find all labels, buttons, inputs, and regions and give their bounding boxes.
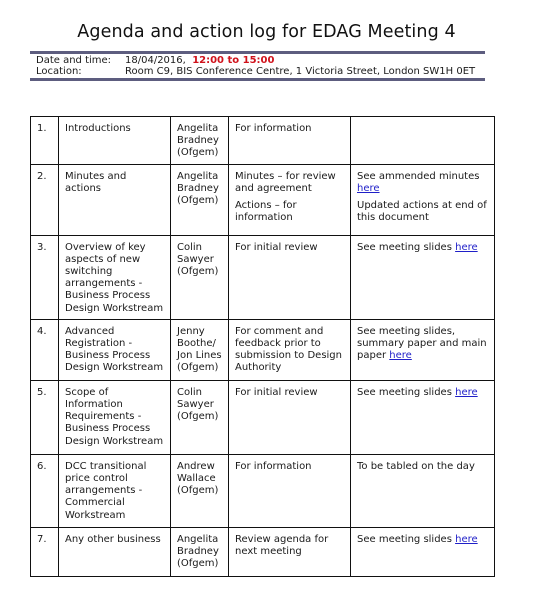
time-value: 12:00 to 15:00 bbox=[192, 55, 274, 66]
item-lead: Colin Sawyer (Ofgem) bbox=[171, 380, 229, 454]
item-lead: Colin Sawyer (Ofgem) bbox=[171, 235, 229, 319]
item-lead: Andrew Wallace (Ofgem) bbox=[171, 454, 229, 527]
item-notes: See meeting slides, summary paper and ma… bbox=[351, 319, 495, 380]
agenda-row: 3.Overview of key aspects of new switchi… bbox=[31, 235, 495, 319]
notes-label: See meeting slides, summary paper and ma… bbox=[357, 326, 487, 361]
agenda-row: 4.Advanced Registration - Business Proce… bbox=[31, 319, 495, 380]
notes-text: See meeting slides here bbox=[357, 387, 488, 399]
notes-label: To be tabled on the day bbox=[357, 461, 475, 472]
item-title: Any other business bbox=[59, 527, 171, 576]
purpose-text: For information bbox=[235, 123, 344, 135]
item-purpose: For information bbox=[229, 117, 351, 165]
item-lead: Angelita Bradney (Ofgem) bbox=[171, 117, 229, 165]
notes-text: See meeting slides here bbox=[357, 242, 488, 254]
location-value: Room C9, BIS Conference Centre, 1 Victor… bbox=[125, 66, 475, 77]
item-lead: Angelita Bradney (Ofgem) bbox=[171, 527, 229, 576]
agenda-row: 7.Any other businessAngelita Bradney (Of… bbox=[31, 527, 495, 576]
notes-label: See meeting slides bbox=[357, 534, 455, 545]
item-title: Minutes and actions bbox=[59, 164, 171, 235]
item-title: DCC transitional price control arrangeme… bbox=[59, 454, 171, 527]
item-notes: See ammended minutes hereUpdated actions… bbox=[351, 164, 495, 235]
item-title: Overview of key aspects of new switching… bbox=[59, 235, 171, 319]
notes-text: See ammended minutes here bbox=[357, 171, 488, 195]
purpose-text: For initial review bbox=[235, 387, 344, 399]
item-purpose: For initial review bbox=[229, 235, 351, 319]
item-number: 2. bbox=[31, 164, 59, 235]
purpose-text: Minutes – for review and agreement bbox=[235, 171, 344, 195]
agenda-row: 2.Minutes and actionsAngelita Bradney (O… bbox=[31, 164, 495, 235]
item-number: 3. bbox=[31, 235, 59, 319]
item-title: Advanced Registration - Business Process… bbox=[59, 319, 171, 380]
item-notes: See meeting slides here bbox=[351, 527, 495, 576]
here-link[interactable]: here bbox=[357, 183, 380, 194]
notes-label: See meeting slides bbox=[357, 242, 455, 253]
notes-label: See meeting slides bbox=[357, 387, 455, 398]
here-link[interactable]: here bbox=[389, 350, 412, 361]
header-rule-bottom bbox=[30, 78, 485, 81]
item-notes bbox=[351, 117, 495, 165]
item-purpose: For comment and feedback prior to submis… bbox=[229, 319, 351, 380]
location-row: Location:Room C9, BIS Conference Centre,… bbox=[36, 66, 475, 78]
date-value: 18/04/2016, bbox=[125, 55, 186, 66]
purpose-text: For comment and feedback prior to submis… bbox=[235, 326, 344, 375]
item-lead: Angelita Bradney (Ofgem) bbox=[171, 164, 229, 235]
here-link[interactable]: here bbox=[455, 387, 478, 398]
item-lead: Jenny Boothe/ Jon Lines (Ofgem) bbox=[171, 319, 229, 380]
notes-text: To be tabled on the day bbox=[357, 461, 488, 473]
here-link[interactable]: here bbox=[455, 242, 478, 253]
notes-label: Updated actions at end of this document bbox=[357, 200, 487, 223]
item-number: 4. bbox=[31, 319, 59, 380]
item-purpose: For information bbox=[229, 454, 351, 527]
notes-label: See ammended minutes bbox=[357, 171, 479, 182]
notes-text: See meeting slides here bbox=[357, 534, 488, 546]
purpose-text: Actions – for information bbox=[235, 200, 344, 224]
item-notes: See meeting slides here bbox=[351, 235, 495, 319]
agenda-row: 6.DCC transitional price control arrange… bbox=[31, 454, 495, 527]
item-number: 1. bbox=[31, 117, 59, 165]
item-purpose: For initial review bbox=[229, 380, 351, 454]
purpose-text: Review agenda for next meeting bbox=[235, 534, 344, 558]
item-title: Introductions bbox=[59, 117, 171, 165]
header-rule-top bbox=[30, 51, 485, 54]
purpose-text: For information bbox=[235, 461, 344, 473]
item-number: 7. bbox=[31, 527, 59, 576]
document-title: Agenda and action log for EDAG Meeting 4 bbox=[0, 22, 533, 42]
here-link[interactable]: here bbox=[455, 534, 478, 545]
item-notes: See meeting slides here bbox=[351, 380, 495, 454]
item-title: Scope of Information Requirements - Busi… bbox=[59, 380, 171, 454]
notes-text: See meeting slides, summary paper and ma… bbox=[357, 326, 488, 363]
item-number: 6. bbox=[31, 454, 59, 527]
agenda-row: 1.IntroductionsAngelita Bradney (Ofgem)F… bbox=[31, 117, 495, 165]
purpose-text: For initial review bbox=[235, 242, 344, 254]
location-label: Location: bbox=[36, 66, 125, 78]
notes-text: Updated actions at end of this document bbox=[357, 200, 488, 224]
agenda-table: 1.IntroductionsAngelita Bradney (Ofgem)F… bbox=[30, 116, 495, 577]
item-notes: To be tabled on the day bbox=[351, 454, 495, 527]
item-number: 5. bbox=[31, 380, 59, 454]
item-purpose: Review agenda for next meeting bbox=[229, 527, 351, 576]
agenda-row: 5.Scope of Information Requirements - Bu… bbox=[31, 380, 495, 454]
item-purpose: Minutes – for review and agreementAction… bbox=[229, 164, 351, 235]
